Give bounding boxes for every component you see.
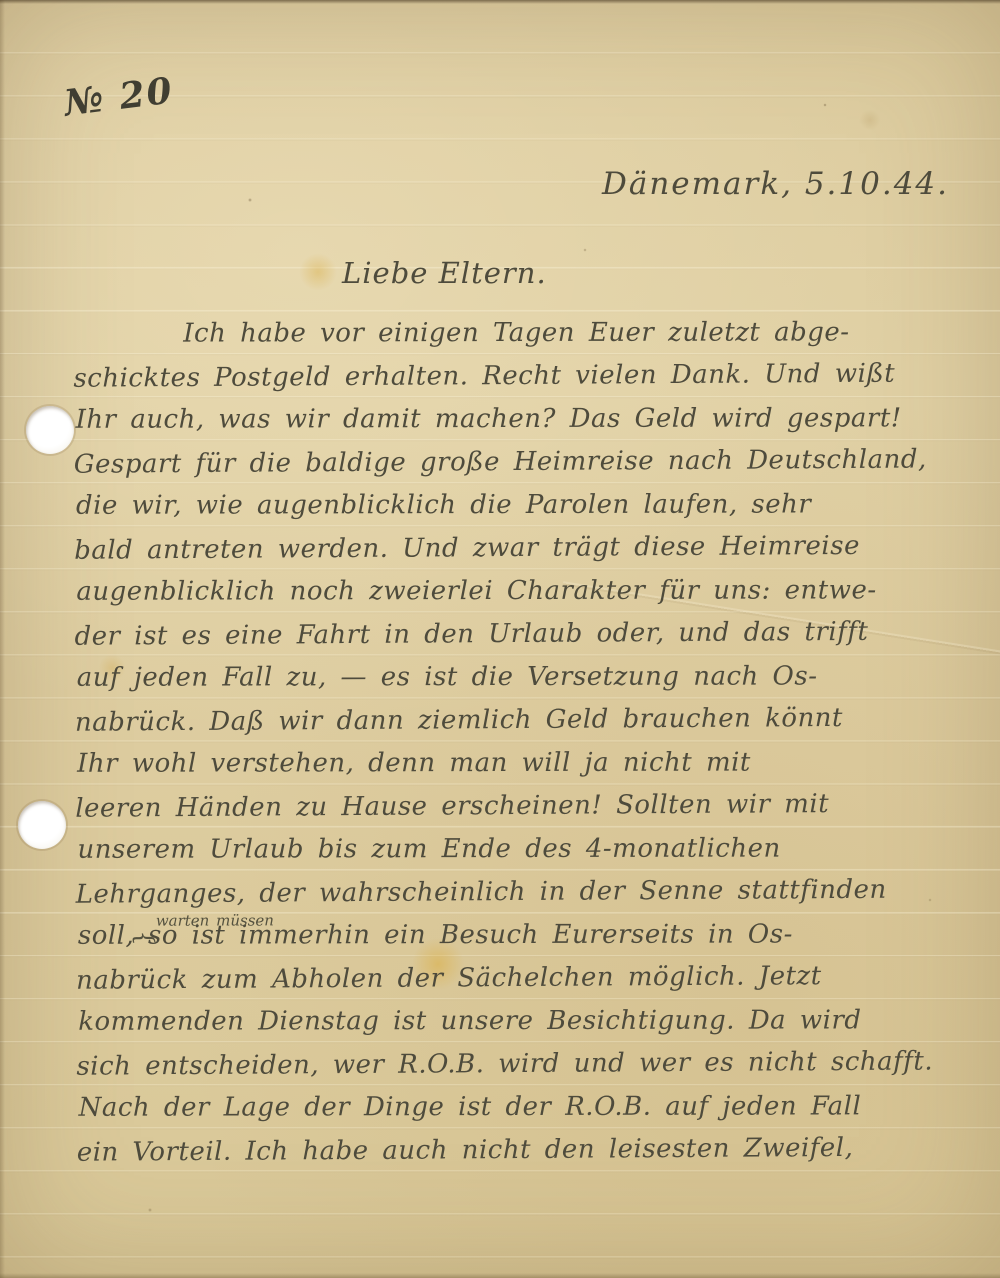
letter-line-text: Ihr wohl verstehen, denn man will ja nic… xyxy=(77,748,751,779)
letter-line-text: unserem Urlaub bis zum Ende des 4-monatl… xyxy=(77,834,780,865)
letter-line: Ihr auch, was wir damit machen? Das Geld… xyxy=(76,397,956,442)
letter-line: schicktes Postgeld erhalten. Recht viele… xyxy=(73,352,953,400)
letter-line: bald antreten werden. Und zwar trägt die… xyxy=(74,524,954,572)
salutation: Liebe Eltern. xyxy=(342,256,547,290)
letter-line: der ist es eine Fahrt in den Urlaub oder… xyxy=(74,610,954,658)
scan-edge-left xyxy=(0,0,5,1278)
letter-line-text: bald antreten werden. Und zwar trägt die… xyxy=(74,531,860,566)
letter-line-text: Gespart für die baldige große Heimreise … xyxy=(74,444,927,479)
letter-line-text: Ich habe vor einigen Tagen Euer zuletzt … xyxy=(183,317,849,348)
letter-line: Ihr wohl verstehen, denn man will ja nic… xyxy=(77,741,957,786)
letter-line: auf jeden Fall zu, — es ist die Versetzu… xyxy=(77,655,957,700)
hole-punch-top xyxy=(26,406,74,454)
letter-line: nabrück. Daß wir dann ziemlich Geld brau… xyxy=(75,696,955,744)
scan-edge-bottom xyxy=(0,1273,1000,1278)
letter-line: leeren Händen zu Hause erscheinen! Sollt… xyxy=(75,782,955,830)
letter-line: Ich habe vor einigen Tagen Euer zuletzt … xyxy=(75,311,955,356)
letter-line: die wir, wie augenblicklich die Parolen … xyxy=(76,483,956,528)
letter-line-text: Ihr auch, was wir damit machen? Das Geld… xyxy=(76,403,902,434)
letter-line-text: augenblicklich noch zweierlei Charakter … xyxy=(76,575,876,606)
letter-line-text: auf jeden Fall zu, — es ist die Versetzu… xyxy=(77,661,818,692)
letter-line-text: der ist es eine Fahrt in den Urlaub oder… xyxy=(74,617,868,652)
letter-line-text: schicktes Postgeld erhalten. Recht viele… xyxy=(73,359,895,394)
letter-line: ein Vorteil. Ich habe auch nicht den lei… xyxy=(77,1126,957,1174)
letter-line: unserem Urlaub bis zum Ende des 4-monatl… xyxy=(77,827,957,872)
letter-line-with-insertion: { warten müssen soll, so ist immerhin ei… xyxy=(78,913,958,958)
letter-line: sich entscheiden, wer R.O.B. wird und we… xyxy=(76,1040,956,1088)
letter-line-text: sich entscheiden, wer R.O.B. wird und we… xyxy=(76,1046,933,1081)
letter-line: kommenden Dienstag ist unsere Besichtigu… xyxy=(78,999,958,1044)
dateline: Dänemark, 5.10.44. xyxy=(602,166,949,202)
letter-line: augenblicklich noch zweierlei Charakter … xyxy=(76,569,956,614)
insertion-note: warten müssen xyxy=(156,899,274,942)
document-number: № 20 xyxy=(62,69,176,124)
letter-line-text: kommenden Dienstag ist unsere Besichtigu… xyxy=(78,1005,861,1036)
letter-line-text: Nach der Lage der Dinge ist der R.O.B. a… xyxy=(79,1091,862,1122)
scan-edge-top xyxy=(0,0,1000,4)
letter-line: nabrück zum Abholen der Sächelchen mögli… xyxy=(76,954,956,1002)
letter-page: № 20 Dänemark, 5.10.44. Liebe Eltern. Ic… xyxy=(0,0,1000,1278)
letter-line-text: leeren Händen zu Hause erscheinen! Sollt… xyxy=(75,789,829,824)
letter-line-text: nabrück zum Abholen der Sächelchen mögli… xyxy=(76,961,822,996)
letter-line-text: nabrück. Daß wir dann ziemlich Geld brau… xyxy=(75,703,843,738)
letter-line: Gespart für die baldige große Heimreise … xyxy=(74,438,954,486)
letter-body: Ich habe vor einigen Tagen Euer zuletzt … xyxy=(74,310,958,1174)
letter-line: Nach der Lage der Dinge ist der R.O.B. a… xyxy=(79,1085,959,1130)
letter-line-text: die wir, wie augenblicklich die Parolen … xyxy=(76,489,811,520)
hole-punch-bottom xyxy=(18,801,66,849)
letter-line-text: ein Vorteil. Ich habe auch nicht den lei… xyxy=(77,1133,854,1168)
